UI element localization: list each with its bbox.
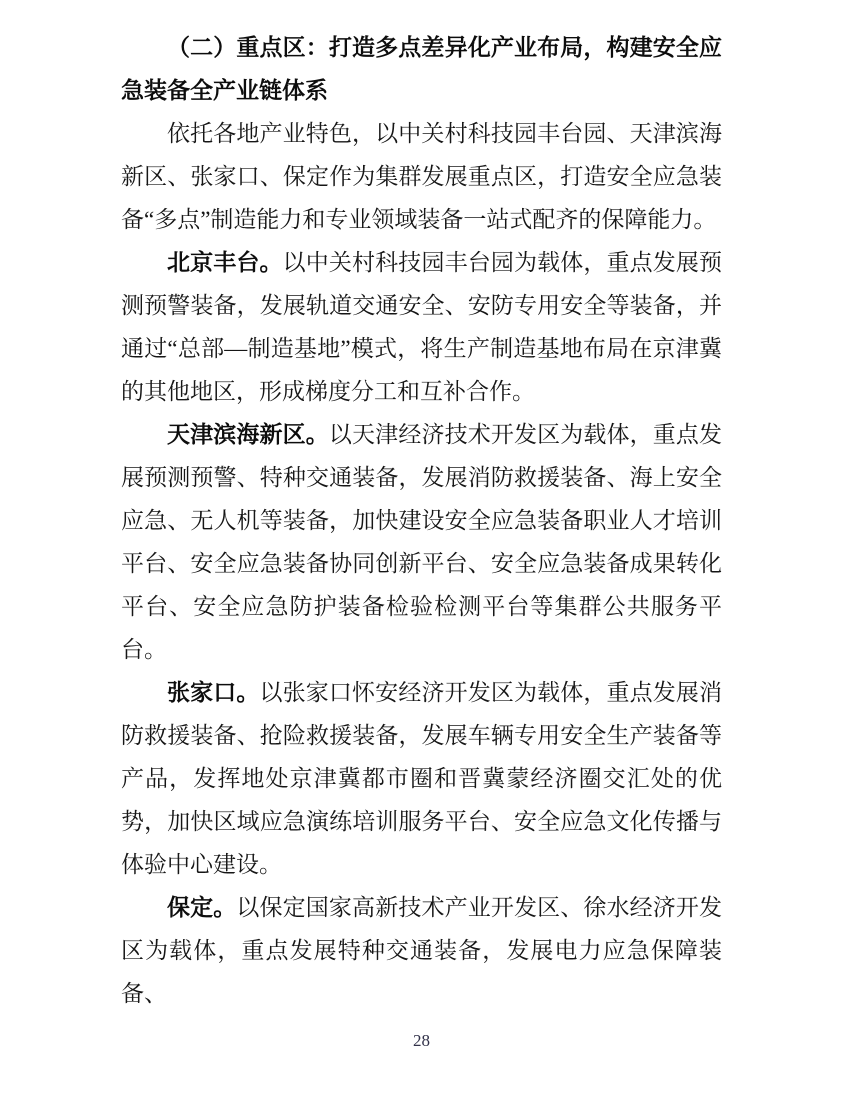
paragraph-baoding: 保定。以保定国家高新技术产业开发区、徐水经济开发区为载体，重点发展特种交通装备，… [121,886,722,1015]
paragraph-lead: 保定。 [167,895,236,920]
paragraph-text: 以张家口怀安经济开发区为载体，重点发展消防救援装备、抢险救援装备，发展车辆专用安… [121,680,722,877]
paragraph-lead: 天津滨海新区。 [167,422,329,447]
paragraph-lead: 北京丰台。 [167,250,283,275]
document-page: （二）重点区：打造多点差异化产业布局，构建安全应急装备全产业链体系 依托各地产业… [0,0,843,1096]
paragraph-beijing-fengtai: 北京丰台。以中关村科技园丰台园为载体，重点发展预测预警装备，发展轨道交通安全、安… [121,241,722,413]
section-heading: （二）重点区：打造多点差异化产业布局，构建安全应急装备全产业链体系 [121,26,722,112]
paragraph-zhangjiakou: 张家口。以张家口怀安经济开发区为载体，重点发展消防救援装备、抢险救援装备，发展车… [121,671,722,886]
paragraph-text: 以天津经济技术开发区为载体，重点发展预测预警、特种交通装备，发展消防救援装备、海… [121,422,722,662]
paragraph-text: 依托各地产业特色，以中关村科技园丰台园、天津滨海新区、张家口、保定作为集群发展重… [121,121,722,232]
paragraph-overview: 依托各地产业特色，以中关村科技园丰台园、天津滨海新区、张家口、保定作为集群发展重… [121,112,722,241]
paragraph-tianjin-binhai: 天津滨海新区。以天津经济技术开发区为载体，重点发展预测预警、特种交通装备，发展消… [121,413,722,671]
paragraph-lead: 张家口。 [167,680,260,705]
page-number: 28 [0,1030,843,1052]
page-body-text: （二）重点区：打造多点差异化产业布局，构建安全应急装备全产业链体系 依托各地产业… [121,26,722,1015]
